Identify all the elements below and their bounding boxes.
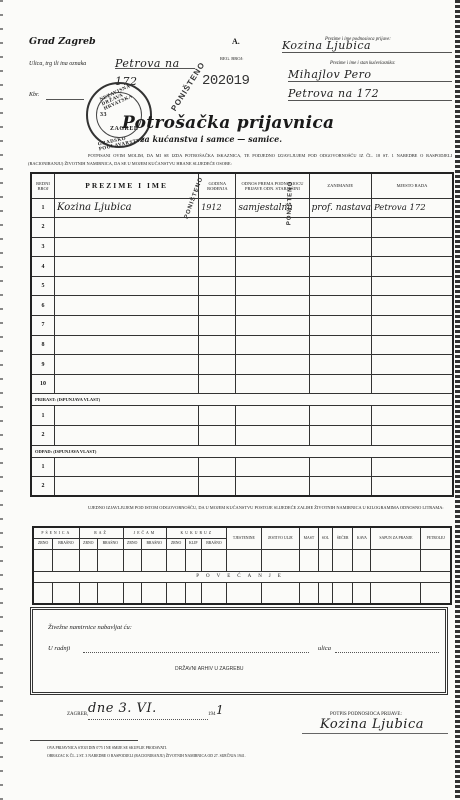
supply-cell[interactable] <box>33 549 53 571</box>
cell-occupation[interactable] <box>309 237 371 257</box>
household-table: Redni broj Prezime i ime Godina rođenja … <box>30 172 454 497</box>
table-row: 10 <box>31 374 453 394</box>
stamp-outer-text: NEZAVISNA DRŽAVA HRVATSKA <box>99 77 151 112</box>
supply-cell[interactable] <box>123 549 141 571</box>
increase-cell[interactable] <box>33 582 53 604</box>
cell-birth-year[interactable] <box>199 296 236 316</box>
cell-occupation[interactable] <box>309 218 371 238</box>
increase-cell[interactable] <box>123 582 141 604</box>
increase-cell[interactable] <box>318 582 332 604</box>
household-header-row: Redni broj Prezime i ime Godina rođenja … <box>31 173 453 198</box>
footnote-regulation: OBRAZAC K ČL. 2 ST. 3 NAREDBE O RASPODJE… <box>47 754 246 758</box>
cell-relation[interactable] <box>236 355 309 375</box>
supplies-group-header-row: Pšenica Raž Ječam Kukuruz Tjestenine Jes… <box>33 527 451 538</box>
header-birth-year: Godina rođenja <box>199 173 236 198</box>
cell-name[interactable] <box>55 218 199 238</box>
cell-relation[interactable] <box>236 457 309 477</box>
cell-occupation[interactable] <box>309 316 371 336</box>
cell-birth-year[interactable] <box>199 406 236 426</box>
cell-workplace[interactable] <box>371 218 453 238</box>
cell-occupation[interactable]: prof. nastava <box>309 198 371 218</box>
cell-relation[interactable] <box>236 276 309 296</box>
cell-name[interactable] <box>55 237 199 257</box>
form-subtitle: za kućanstva i samce — samice. <box>140 134 282 144</box>
form-title: Potrošačka prijavnica <box>122 113 334 133</box>
increase-cell[interactable] <box>79 582 97 604</box>
supply-cell[interactable] <box>167 549 185 571</box>
subheader-rye-flour: Brašno <box>98 538 123 549</box>
applicant-value: Kozina Ljubica <box>282 39 371 52</box>
subheader-barley-grain: Zrno <box>123 538 141 549</box>
owner-field-line-1[interactable]: Mihajlov Pero <box>288 65 452 82</box>
header-soap: Sapun za pranje <box>371 527 421 549</box>
table-row: 7 <box>31 316 453 336</box>
date-field[interactable]: dne 3. VI. <box>88 699 208 720</box>
prirast-label: PRIRAST: (ispunjava vlast) <box>31 394 453 406</box>
increase-cell[interactable] <box>167 582 185 604</box>
cell-name[interactable] <box>55 335 199 355</box>
subheader-barley-flour: Brašno <box>141 538 166 549</box>
header-corn: Kukuruz <box>167 527 227 538</box>
supplies-values-row <box>33 549 451 571</box>
procurement-box: Živežne namirnice nabavljat ću: U radnji… <box>30 607 448 695</box>
owner-field-line-2[interactable]: Petrova na 172 <box>288 84 452 101</box>
cell-relation[interactable] <box>236 237 309 257</box>
header-salt: Sol <box>318 527 332 549</box>
owner-value-1: Mihajlov Pero <box>288 68 371 81</box>
supply-cell[interactable] <box>332 549 353 571</box>
kbr-field[interactable] <box>46 92 84 100</box>
supply-cell[interactable] <box>98 549 123 571</box>
cell-relation[interactable] <box>236 406 309 426</box>
table-row: 8 <box>31 335 453 355</box>
cell-occupation[interactable] <box>309 457 371 477</box>
signature-field[interactable]: Kozina Ljubica <box>302 715 448 734</box>
footnote-price: OVA PRIJAVNICA STOJI DIN 0'75 I NE SMIJE… <box>47 746 167 750</box>
kbr-label: Kbr. <box>29 92 39 98</box>
increase-cell[interactable] <box>332 582 353 604</box>
scan-edge-right <box>455 0 460 800</box>
footnote-divider <box>30 740 138 741</box>
increase-cell[interactable] <box>371 582 421 604</box>
reg-number: 202019 <box>202 73 249 89</box>
applicant-field[interactable]: Kozina Ljubica <box>282 36 452 53</box>
cell-name[interactable] <box>55 477 199 497</box>
header-name: Prezime i ime <box>55 173 199 198</box>
increase-cell[interactable] <box>227 582 262 604</box>
increase-cell[interactable] <box>53 582 79 604</box>
supply-cell[interactable] <box>227 549 262 571</box>
cell-workplace[interactable] <box>371 237 453 257</box>
cell-relation[interactable] <box>236 477 309 497</box>
row-number: 1 <box>31 457 55 477</box>
table-row: 2 <box>31 218 453 238</box>
odpad-section-header: ODPAD: (ispunjava vlast) <box>31 445 453 457</box>
row-number: 10 <box>31 374 55 394</box>
odpad-row: 1 <box>31 457 453 477</box>
stamp-number: 33 <box>100 112 107 118</box>
street-field[interactable]: Petrova na 172 <box>115 54 195 69</box>
supply-cell[interactable] <box>141 549 166 571</box>
table-row: 6 <box>31 296 453 316</box>
procurement-street-field[interactable] <box>335 645 439 653</box>
subheader-wheat-flour: Brašno <box>53 538 79 549</box>
cell-occupation[interactable] <box>309 426 371 446</box>
increase-section-header: POVEĆANJE <box>33 571 451 582</box>
cell-relation[interactable]: samjestalna <box>236 198 309 218</box>
increase-cell[interactable] <box>141 582 166 604</box>
table-row: 1 Kozina Ljubica 1912 samjestalna prof. … <box>31 198 453 218</box>
cell-birth-year[interactable] <box>199 257 236 277</box>
cell-relation[interactable] <box>236 257 309 277</box>
cell-relation[interactable] <box>236 218 309 238</box>
declaration-text: POTPISANI OVIM MOLIM, DA MI SE IZDA POTR… <box>28 152 452 168</box>
row-number: 2 <box>31 426 55 446</box>
supplies-intro: UJEDNO IZJAVLJUJEM POD ISTOM ODGOVORNOŠĆ… <box>28 504 452 512</box>
supplies-table: Pšenica Raž Ječam Kukuruz Tjestenine Jes… <box>32 526 452 605</box>
row-number: 4 <box>31 257 55 277</box>
cell-relation[interactable] <box>236 335 309 355</box>
cell-workplace[interactable] <box>371 355 453 375</box>
cell-workplace[interactable] <box>371 406 453 426</box>
cell-birth-year[interactable] <box>199 335 236 355</box>
cell-relation[interactable] <box>236 316 309 336</box>
row-number: 3 <box>31 237 55 257</box>
header-cooking-oil: Jestivo ulje <box>261 527 299 549</box>
cell-workplace[interactable] <box>371 257 453 277</box>
archive-stamp: DRŽAVNI ARHIV U ZAGREBU <box>175 666 244 672</box>
reg-number-label: REG. BROJ: <box>220 56 244 61</box>
table-row: 4 <box>31 257 453 277</box>
supply-cell[interactable] <box>53 549 79 571</box>
header-rye: Raž <box>79 527 123 538</box>
cell-name[interactable] <box>55 276 199 296</box>
subheader-corn-cob: Klip <box>185 538 201 549</box>
cell-name[interactable] <box>55 406 199 426</box>
cell-birth-year[interactable] <box>199 477 236 497</box>
cell-birth-year[interactable] <box>199 457 236 477</box>
supply-cell[interactable] <box>261 549 299 571</box>
prirast-section-header: PRIRAST: (ispunjava vlast) <box>31 394 453 406</box>
cell-occupation[interactable] <box>309 296 371 316</box>
cell-name[interactable] <box>55 257 199 277</box>
cell-workplace[interactable] <box>371 316 453 336</box>
owner-value-2: Petrova na 172 <box>288 87 379 100</box>
cell-name[interactable]: Kozina Ljubica <box>55 198 199 218</box>
cell-relation[interactable] <box>236 426 309 446</box>
cell-workplace[interactable] <box>371 374 453 394</box>
cell-occupation[interactable] <box>309 406 371 426</box>
cell-birth-year[interactable] <box>199 237 236 257</box>
row-number: 1 <box>31 406 55 426</box>
header-petroleum: Petrolej <box>421 527 451 549</box>
increase-cell[interactable] <box>261 582 299 604</box>
row-number: 1 <box>31 198 55 218</box>
supply-cell[interactable] <box>201 549 226 571</box>
header-relation: Odnos prema podnosiocu prijave odn. star… <box>236 173 309 198</box>
prirast-row: 2 <box>31 426 453 446</box>
year-value[interactable]: 1 <box>216 703 224 717</box>
cell-birth-year[interactable] <box>199 355 236 375</box>
cell-birth-year[interactable] <box>199 374 236 394</box>
date-value: dne 3. VI. <box>88 701 157 716</box>
prirast-row: 1 <box>31 406 453 426</box>
header-sugar: Šećer <box>332 527 353 549</box>
subheader-corn-flour: Brašno <box>201 538 226 549</box>
header-serial-no: Redni broj <box>31 173 55 198</box>
header-occupation: Zanimanje <box>309 173 371 198</box>
row-number: 5 <box>31 276 55 296</box>
cell-relation[interactable] <box>236 296 309 316</box>
signature-value: Kozina Ljubica <box>302 717 424 732</box>
subheader-wheat-grain: Zrno <box>33 538 53 549</box>
shop-label: U radnji <box>48 645 70 652</box>
cell-workplace[interactable]: Petrova 172 <box>371 198 453 218</box>
place-label: ZAGREB, <box>67 712 88 717</box>
cell-occupation[interactable] <box>309 355 371 375</box>
cell-relation[interactable] <box>236 374 309 394</box>
row-number: 2 <box>31 477 55 497</box>
supply-cell[interactable] <box>318 549 332 571</box>
supply-cell[interactable] <box>79 549 97 571</box>
subheader-corn-grain: Zrno <box>167 538 185 549</box>
odpad-row: 2 <box>31 477 453 497</box>
cell-occupation[interactable] <box>309 257 371 277</box>
cell-workplace[interactable] <box>371 477 453 497</box>
increase-label: POVEĆANJE <box>33 571 451 582</box>
cell-name[interactable] <box>55 296 199 316</box>
increase-cell[interactable] <box>353 582 371 604</box>
procurement-heading: Živežne namirnice nabavljat ću: <box>48 624 132 631</box>
cell-occupation[interactable] <box>309 374 371 394</box>
form-series: A. <box>232 37 240 46</box>
cell-birth-year[interactable] <box>199 316 236 336</box>
row-number: 9 <box>31 355 55 375</box>
supply-cell[interactable] <box>371 549 421 571</box>
increase-values-row <box>33 582 451 604</box>
cell-workplace[interactable] <box>371 426 453 446</box>
supply-cell[interactable] <box>353 549 371 571</box>
row-number: 6 <box>31 296 55 316</box>
increase-cell[interactable] <box>300 582 319 604</box>
cell-workplace[interactable] <box>371 335 453 355</box>
increase-cell[interactable] <box>201 582 226 604</box>
street-label: Ulica, trg ili ina oznaka <box>29 61 86 67</box>
scan-edge-left <box>0 0 3 800</box>
header-wheat: Pšenica <box>33 527 79 538</box>
supply-cell[interactable] <box>300 549 319 571</box>
cell-birth-year[interactable] <box>199 426 236 446</box>
header-barley: Ječam <box>123 527 167 538</box>
shop-field[interactable] <box>83 645 309 653</box>
city-heading: Grad Zagreb <box>29 36 96 47</box>
year-prefix: 194 <box>208 712 216 717</box>
increase-cell[interactable] <box>98 582 123 604</box>
cell-name[interactable] <box>55 426 199 446</box>
cell-workplace[interactable] <box>371 276 453 296</box>
row-number: 7 <box>31 316 55 336</box>
subheader-rye-grain: Zrno <box>79 538 97 549</box>
street-label-procurement: ulica <box>318 645 331 652</box>
cell-name[interactable] <box>55 457 199 477</box>
increase-cell[interactable] <box>185 582 201 604</box>
supply-cell[interactable] <box>185 549 201 571</box>
table-row: 3 <box>31 237 453 257</box>
table-row: 5 <box>31 276 453 296</box>
cell-birth-year[interactable] <box>199 218 236 238</box>
cell-name[interactable] <box>55 355 199 375</box>
header-coffee: Kava <box>353 527 371 549</box>
cell-name[interactable] <box>55 316 199 336</box>
supply-cell[interactable] <box>421 549 451 571</box>
table-row: 9 <box>31 355 453 375</box>
cell-name[interactable] <box>55 374 199 394</box>
increase-cell[interactable] <box>421 582 451 604</box>
row-number: 8 <box>31 335 55 355</box>
cell-occupation[interactable] <box>309 335 371 355</box>
header-workplace: Mjesto rada <box>371 173 453 198</box>
cell-occupation[interactable] <box>309 276 371 296</box>
cell-workplace[interactable] <box>371 457 453 477</box>
cell-birth-year[interactable]: 1912 <box>199 198 236 218</box>
odpad-label: ODPAD: (ispunjava vlast) <box>31 445 453 457</box>
cell-workplace[interactable] <box>371 296 453 316</box>
header-pasta: Tjestenine <box>227 527 262 549</box>
cell-occupation[interactable] <box>309 477 371 497</box>
header-lard: Mast <box>300 527 319 549</box>
cell-birth-year[interactable] <box>199 276 236 296</box>
row-number: 2 <box>31 218 55 238</box>
